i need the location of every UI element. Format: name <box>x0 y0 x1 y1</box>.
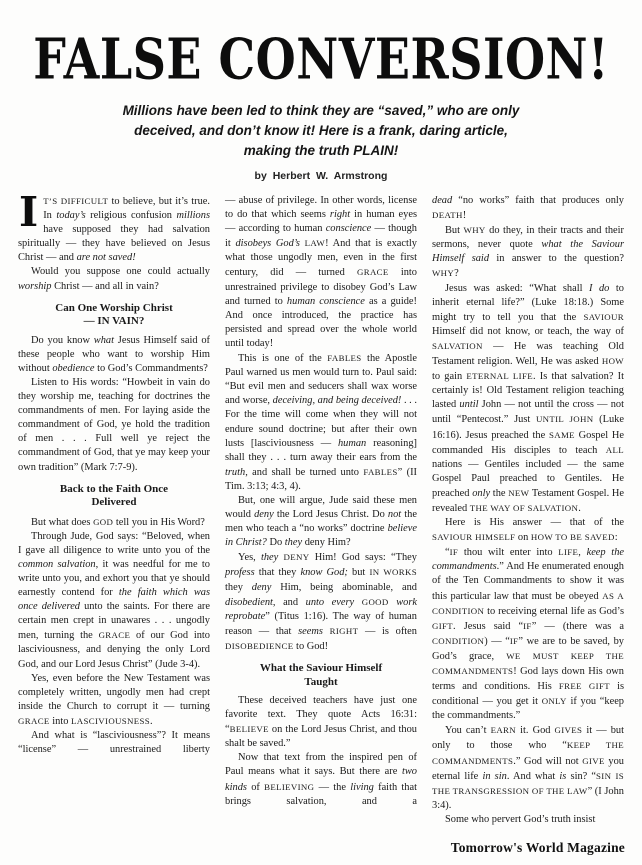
paragraph: Do you know what Jesus Himself said of t… <box>18 334 210 376</box>
paragraph: These deceived teachers have just one fa… <box>225 694 417 751</box>
paragraph: — abuse of privilege. In other words, li… <box>225 194 417 351</box>
paragraph: Yes, they DENY Him! God says: “They prof… <box>225 550 417 654</box>
magazine-page: FALSE CONVERSION! Millions have been led… <box>0 0 642 865</box>
paragraph: Would you suppose one could actually wor… <box>18 265 210 293</box>
article-body: IT’S DIFFICULT to believe, but it’s true… <box>0 194 642 827</box>
paragraph: Some who pervert God’s truth insist <box>432 813 624 827</box>
magazine-name: Tomorrow's World Magazine <box>451 840 625 856</box>
byline: by Herbert W. Armstrong <box>0 170 642 182</box>
section-heading: What the Saviour Himself Taught <box>225 662 417 689</box>
paragraph: Jesus was asked: “What shall I do to inh… <box>432 282 624 517</box>
paragraph: Here is His answer — that of the SAVIOUR… <box>432 516 624 545</box>
section-heading: Back to the Faith Once Delivered <box>18 483 210 510</box>
paragraph: dead “no works” faith that produces only… <box>432 194 624 223</box>
paragraph: IT’S DIFFICULT to believe, but it’s true… <box>18 194 210 265</box>
article-column-1: IT’S DIFFICULT to believe, but it’s true… <box>18 194 210 827</box>
paragraph: “IF thou wilt enter into LIFE, keep the … <box>432 545 624 723</box>
paragraph: But what does GOD tell you in His Word? <box>18 515 210 530</box>
page-title: FALSE CONVERSION! <box>0 26 642 92</box>
paragraph: Now that text from the inspired pen of P… <box>225 751 417 808</box>
article-column-3: dead “no works” faith that produces only… <box>432 194 624 827</box>
paragraph: Yes, even before the New Testament was c… <box>18 672 210 729</box>
article-subtitle: Millions have been led to think they are… <box>0 101 642 161</box>
paragraph: This is one of the FABLES the Apostle Pa… <box>225 351 417 494</box>
paragraph: Through Jude, God says: “Beloved, when I… <box>18 530 210 672</box>
paragraph: Listen to His words: “Howbeit in vain do… <box>18 376 210 475</box>
paragraph: And what is “lasciviousness”? It means “… <box>18 729 210 757</box>
paragraph: You can’t EARN it. God GIVES it — but on… <box>432 723 624 813</box>
paragraph: But, one will argue, Jude said these men… <box>225 494 417 550</box>
article-column-2: — abuse of privilege. In other words, li… <box>225 194 417 827</box>
drop-cap: I <box>18 194 43 229</box>
paragraph: But WHY do they, in their tracts and the… <box>432 223 624 281</box>
section-heading: Can One Worship Christ — IN VAIN? <box>18 302 210 329</box>
